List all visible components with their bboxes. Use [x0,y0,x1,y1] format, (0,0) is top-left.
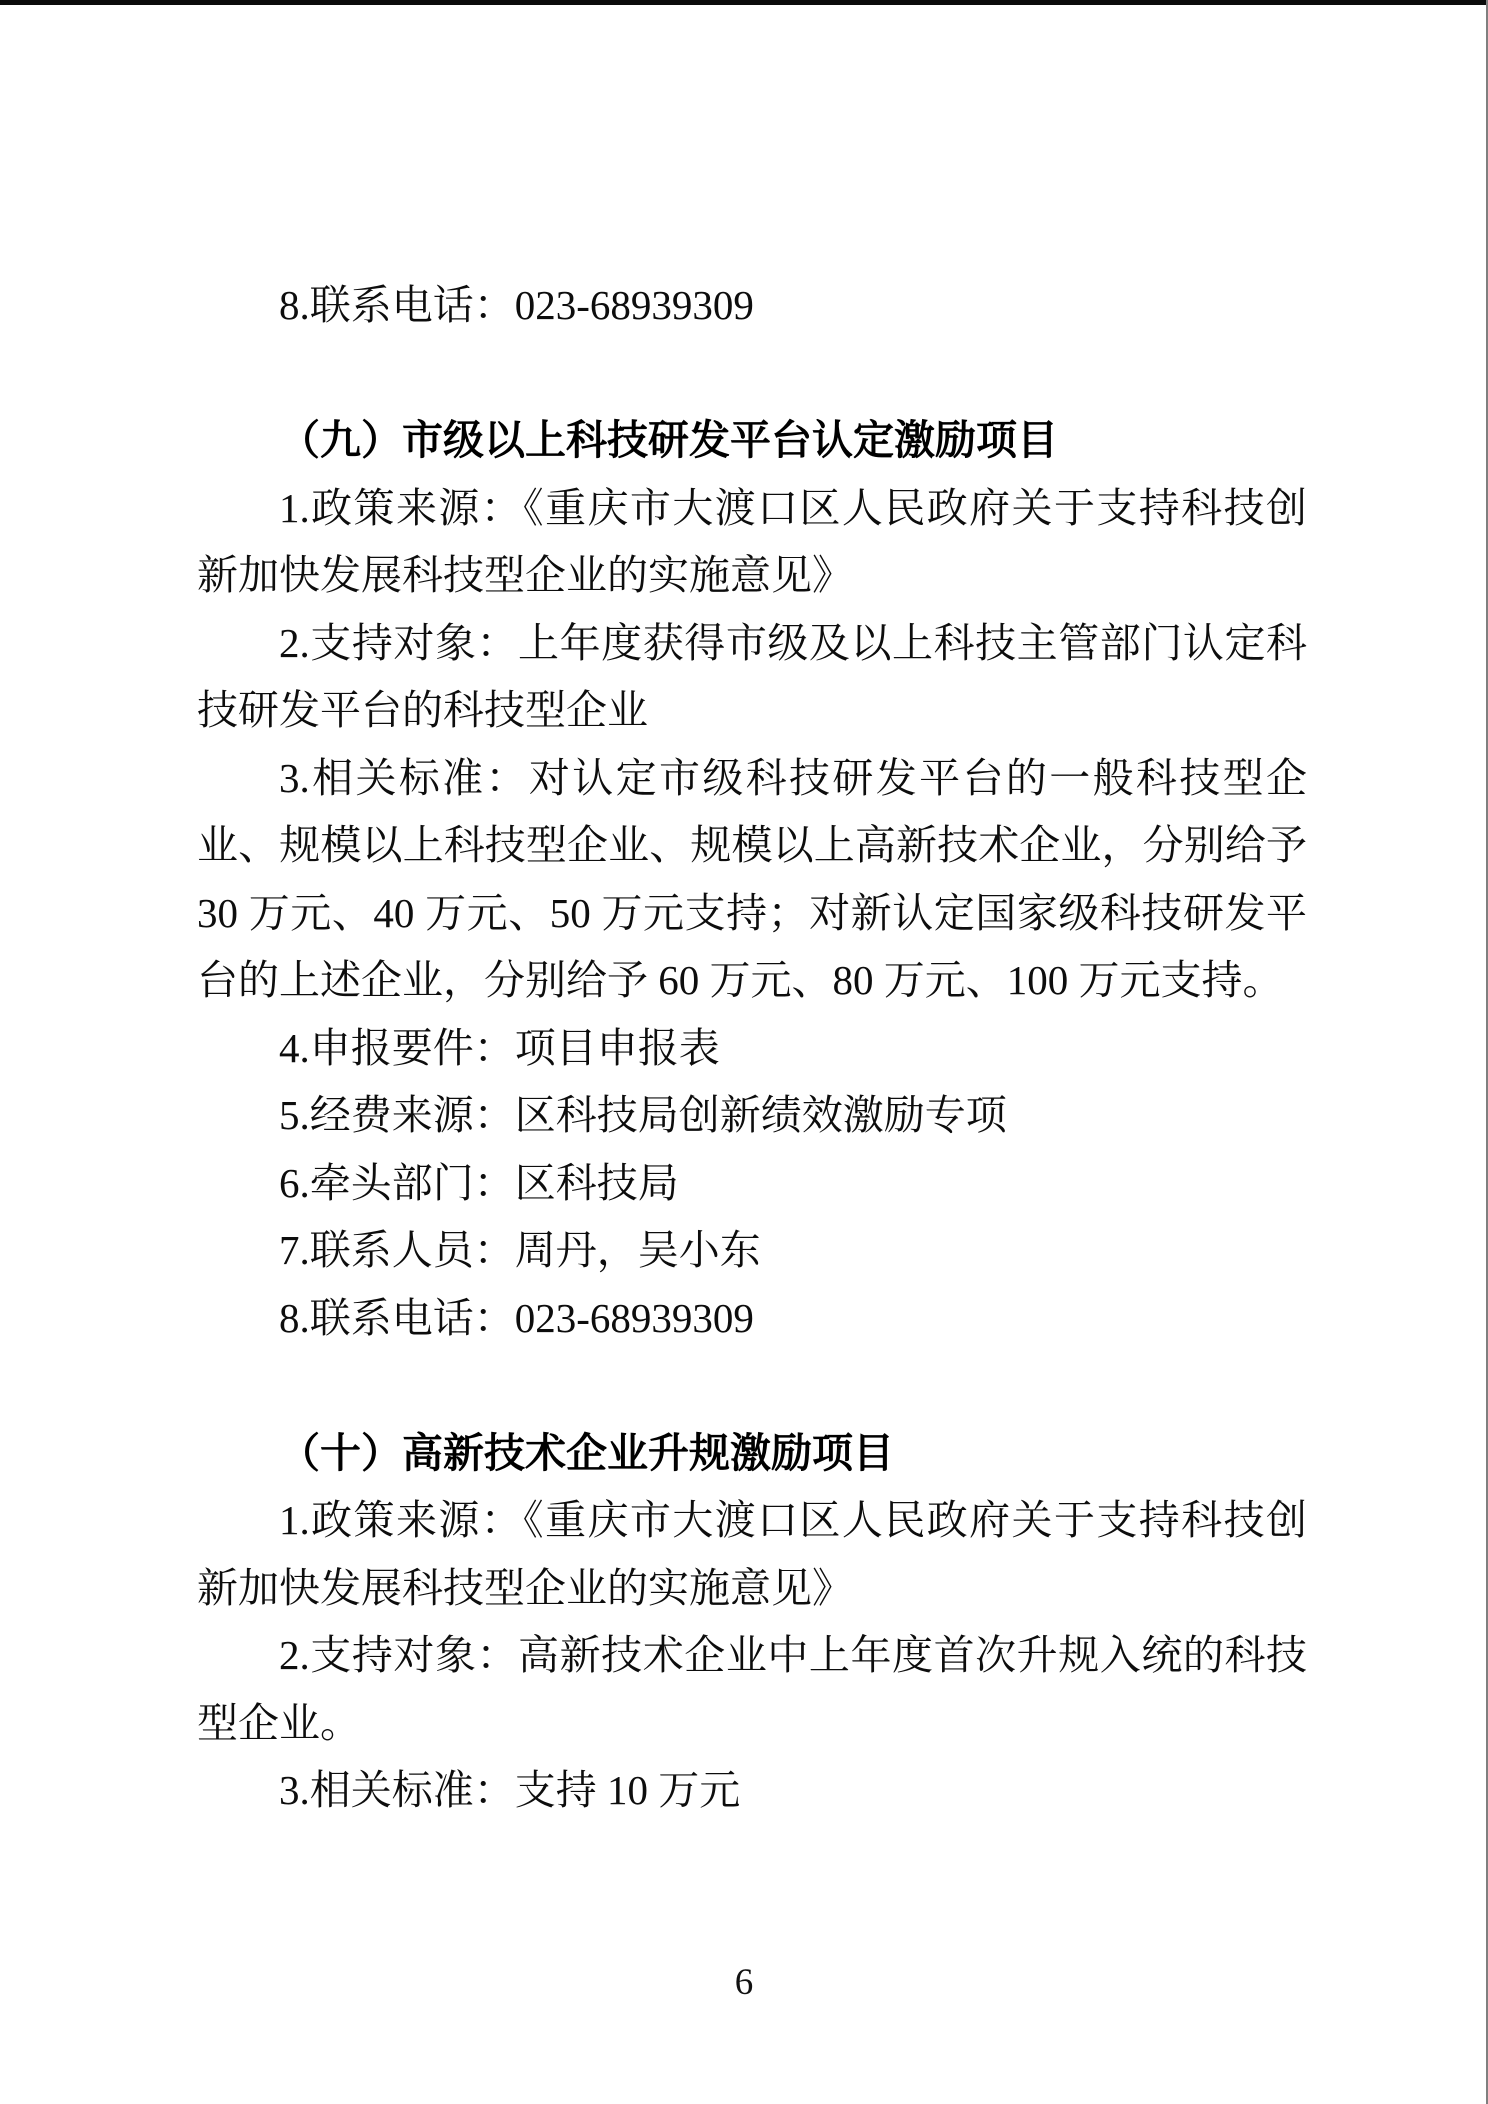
paragraph: 7.联系人员：周丹，吴小东 [197,1217,1307,1285]
page-top-border [0,0,1488,5]
paragraph: 1.政策来源：《重庆市大渡口区人民政府关于支持科技创新加快发展科技型企业的实施意… [197,475,1307,610]
document-body: 8.联系电话：023-68939309（九）市级以上科技研发平台认定激励项目1.… [197,272,1307,1825]
paragraph: 2.支持对象：高新技术企业中上年度首次升规入统的科技型企业。 [197,1622,1307,1757]
paragraph: 8.联系电话：023-68939309 [197,1285,1307,1353]
paragraph: 4.申报要件：项目申报表 [197,1015,1307,1083]
paragraph: 5.经费来源：区科技局创新绩效激励专项 [197,1082,1307,1150]
paragraph: 3.相关标准：支持 10 万元 [197,1757,1307,1825]
section-heading: （十）高新技术企业升规激励项目 [197,1420,1307,1488]
document-page: 8.联系电话：023-68939309（九）市级以上科技研发平台认定激励项目1.… [0,0,1488,2104]
blank-line [197,1352,1307,1420]
paragraph: 3.相关标准：对认定市级科技研发平台的一般科技型企业、规模以上科技型企业、规模以… [197,745,1307,1015]
page-number: 6 [0,1962,1488,2004]
paragraph: 1.政策来源：《重庆市大渡口区人民政府关于支持科技创新加快发展科技型企业的实施意… [197,1487,1307,1622]
paragraph: 6.牵头部门：区科技局 [197,1150,1307,1218]
paragraph: 2.支持对象：上年度获得市级及以上科技主管部门认定科技研发平台的科技型企业 [197,610,1307,745]
blank-line [197,340,1307,408]
section-heading: （九）市级以上科技研发平台认定激励项目 [197,407,1307,475]
paragraph: 8.联系电话：023-68939309 [197,272,1307,340]
